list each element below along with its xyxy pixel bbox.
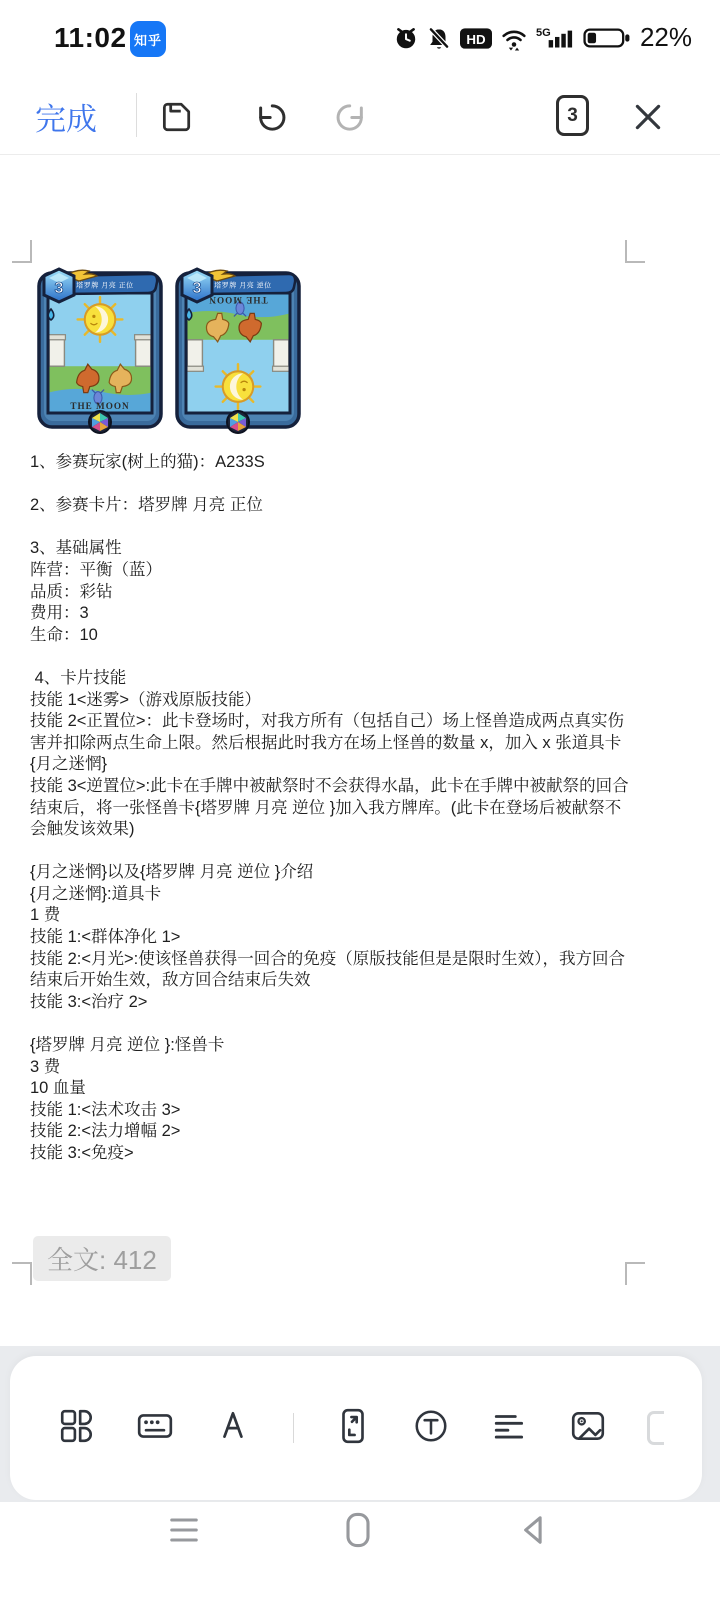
card-images: THE MOON 塔罗牌 月亮 正位 3 <box>35 263 303 435</box>
undo-icon[interactable] <box>248 99 286 140</box>
svg-text:5G: 5G <box>536 26 551 38</box>
svg-text:HD: HD <box>466 31 486 46</box>
toolbar-divider <box>293 1413 294 1443</box>
text-line: 品质：彩钻 <box>30 582 634 604</box>
text-line: 技能 3:<免疫> <box>30 1143 634 1165</box>
zhihu-app-badge: 知乎 <box>130 21 166 57</box>
partial-next-icon[interactable] <box>647 1411 664 1445</box>
done-button[interactable]: 完成 <box>35 94 97 139</box>
bottom-toolbar <box>10 1356 702 1500</box>
text-line: 2、参赛卡片：塔罗牌 月亮 正位 <box>30 495 634 517</box>
svg-text:塔罗牌 月亮 逆位: 塔罗牌 月亮 逆位 <box>214 281 271 290</box>
text-line: 技能 1<迷雾>（游戏原版技能） <box>30 690 634 712</box>
text-line: 技能 2:<法力增幅 2> <box>30 1121 634 1143</box>
keyboard-icon[interactable] <box>136 1407 174 1450</box>
tarot-card-upright[interactable]: THE MOON 塔罗牌 月亮 正位 3 <box>35 263 165 435</box>
page-corner-mark <box>625 240 645 263</box>
paragraph: {塔罗牌 月亮 逆位 }:怪兽卡3 费10 血量技能 1:<法术攻击 3>技能 … <box>30 1035 634 1165</box>
page-corner-mark <box>12 1262 32 1285</box>
text-line: {月之迷惘}以及{塔罗牌 月亮 逆位 }介绍 <box>30 862 634 884</box>
text-line: 3、基础属性 <box>30 538 634 560</box>
paragraph: 3、基础属性阵营：平衡（蓝）品质：彩钻费用：3生命：10 <box>30 538 634 646</box>
text-line: 4、卡片技能 <box>30 668 634 690</box>
redo-icon[interactable] <box>336 99 374 140</box>
svg-text:3: 3 <box>55 280 64 297</box>
text-line: 生命：10 <box>30 625 634 647</box>
toolbar-divider <box>136 93 137 137</box>
svg-text:THE MOON: THE MOON <box>70 401 129 411</box>
back-icon[interactable] <box>514 1510 554 1555</box>
hd-icon: HD <box>460 25 492 51</box>
text-line: 技能 1:<法术攻击 3> <box>30 1100 634 1122</box>
alarm-icon <box>394 25 418 51</box>
home-icon[interactable] <box>338 1510 378 1555</box>
signal-icon: 5G <box>536 25 574 51</box>
recents-icon[interactable] <box>164 1510 204 1555</box>
status-time: 11:02 <box>54 22 127 54</box>
font-icon[interactable] <box>215 1407 253 1450</box>
paragraph: 2、参赛卡片：塔罗牌 月亮 正位 <box>30 495 634 517</box>
save-icon[interactable] <box>158 99 194 140</box>
word-count-badge[interactable]: 全文: 412 <box>33 1236 171 1281</box>
text-line: 10 血量 <box>30 1078 634 1100</box>
svg-text:THE MOON: THE MOON <box>208 295 267 305</box>
widgets-icon[interactable] <box>58 1407 96 1450</box>
text-tool-icon[interactable] <box>412 1407 450 1450</box>
text-line: 技能 3<逆置位>:此卡在手牌中被献祭时不会获得水晶，此卡在手牌中被献祭的回合结… <box>30 776 634 841</box>
text-line: {月之迷惘}:道具卡 <box>30 884 634 906</box>
svg-text:塔罗牌 月亮 正位: 塔罗牌 月亮 正位 <box>76 281 133 290</box>
paragraph: 4、卡片技能技能 1<迷雾>（游戏原版技能）技能 2<正置位>：此卡登场时，对我… <box>30 668 634 841</box>
page-count-badge[interactable]: 3 <box>556 95 589 136</box>
edit-toolbar: 完成 3 <box>0 75 720 155</box>
wifi-icon <box>501 25 527 51</box>
document-page[interactable]: THE MOON 塔罗牌 月亮 正位 3 <box>0 155 720 1345</box>
text-line: 费用：3 <box>30 603 634 625</box>
paragraph: 1、参赛玩家(树上的猫)：A233S <box>30 452 634 474</box>
battery-icon <box>583 25 631 51</box>
text-line: {塔罗牌 月亮 逆位 }:怪兽卡 <box>30 1035 634 1057</box>
text-line: 技能 3:<治疗 2> <box>30 992 634 1014</box>
document-text: 1、参赛玩家(树上的猫)：A233S2、参赛卡片：塔罗牌 月亮 正位3、基础属性… <box>30 452 634 1186</box>
image-icon[interactable] <box>569 1407 607 1450</box>
page-corner-mark <box>625 1262 645 1285</box>
status-bar: 11:02 知乎 <box>0 0 720 75</box>
fit-page-icon[interactable] <box>334 1407 372 1450</box>
paragraph: {月之迷惘}以及{塔罗牌 月亮 逆位 }介绍{月之迷惘}:道具卡1 费技能 1:… <box>30 862 634 1013</box>
paragraph-icon[interactable] <box>491 1407 529 1450</box>
text-line: 技能 2<正置位>：此卡登场时，对我方所有（包括自己）场上怪兽造成两点真实伤害并… <box>30 711 634 776</box>
mute-icon <box>427 25 451 51</box>
page-corner-mark <box>12 240 32 263</box>
screen: 11:02 知乎 <box>0 0 720 1608</box>
svg-text:3: 3 <box>193 280 202 297</box>
text-line: 技能 1:<群体净化 1> <box>30 927 634 949</box>
tarot-card-reversed[interactable]: THE MOON 塔罗牌 月亮 逆位 3 <box>173 263 303 435</box>
text-line: 技能 2:<月光>:使该怪兽获得一回合的免疫（原版技能但是是限时生效），我方回合… <box>30 949 634 992</box>
text-line: 3 费 <box>30 1057 634 1079</box>
close-icon[interactable] <box>630 99 666 140</box>
text-line: 阵营：平衡（蓝） <box>30 560 634 582</box>
text-line: 1 费 <box>30 905 634 927</box>
navigation-bar <box>0 1502 720 1608</box>
battery-percent: 22% <box>640 22 692 53</box>
text-line: 1、参赛玩家(树上的猫)：A233S <box>30 452 634 474</box>
